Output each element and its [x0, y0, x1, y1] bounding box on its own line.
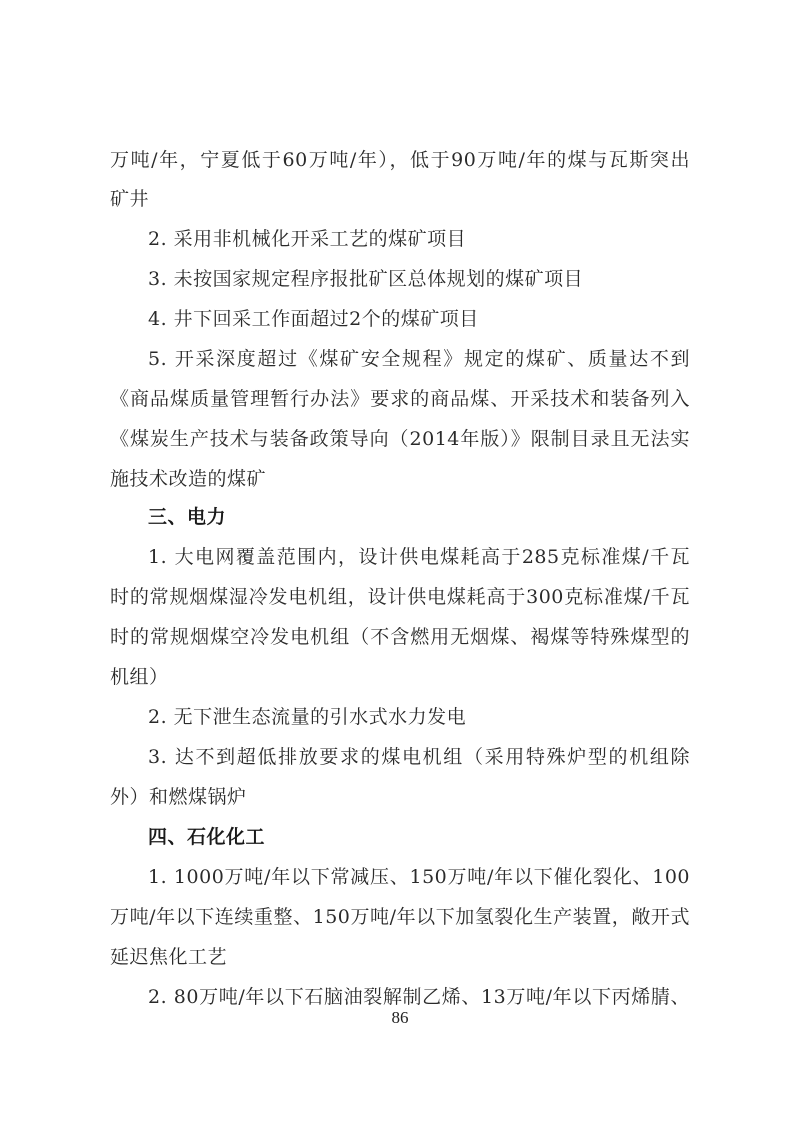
text-line: 时的常规烟煤湿冷发电机组，设计供电煤耗高于300克标准煤/千瓦 — [110, 582, 690, 612]
list-item: 4. 井下回采工作面超过2个的煤矿项目 — [148, 304, 690, 334]
text-line: 《商品煤质量管理暂行办法》要求的商品煤、开采技术和装备列入 — [110, 384, 690, 414]
text-line: 时的常规烟煤空冷发电机组（不含燃用无烟煤、褐煤等特殊煤型的 — [110, 622, 690, 652]
text-line: 施技术改造的煤矿 — [110, 464, 690, 494]
text-line: 万吨/年以下连续重整、150万吨/年以下加氢裂化生产装置，敞开式 — [110, 902, 690, 932]
page-number: 86 — [0, 1008, 800, 1028]
list-item: 1. 大电网覆盖范围内，设计供电煤耗高于285克标准煤/千瓦 — [148, 542, 690, 572]
section-heading-petrochemical: 四、石化化工 — [148, 822, 690, 852]
list-item: 2. 采用非机械化开采工艺的煤矿项目 — [148, 224, 690, 254]
text-line: 矿井 — [110, 184, 690, 214]
text-line: 万吨/年，宁夏低于60万吨/年），低于90万吨/年的煤与瓦斯突出 — [110, 145, 690, 175]
list-item: 3. 未按国家规定程序报批矿区总体规划的煤矿项目 — [148, 264, 690, 294]
text-line: 机组） — [110, 662, 690, 692]
list-item: 1. 1000万吨/年以下常减压、150万吨/年以下催化裂化、100 — [148, 862, 690, 892]
text-line: 外）和燃煤锅炉 — [110, 782, 690, 812]
list-item: 3. 达不到超低排放要求的煤电机组（采用特殊炉型的机组除 — [148, 742, 690, 772]
list-item: 2. 无下泄生态流量的引水式水力发电 — [148, 702, 690, 732]
text-line: 延迟焦化工艺 — [110, 942, 690, 972]
section-heading-power: 三、电力 — [148, 502, 690, 532]
list-item: 5. 开采深度超过《煤矿安全规程》规定的煤矿、质量达不到 — [148, 344, 690, 374]
document-page: 万吨/年，宁夏低于60万吨/年），低于90万吨/年的煤与瓦斯突出 矿井 2. 采… — [0, 0, 800, 1131]
text-line: 《煤炭生产技术与装备政策导向（2014年版）》限制目录且无法实 — [110, 424, 690, 454]
